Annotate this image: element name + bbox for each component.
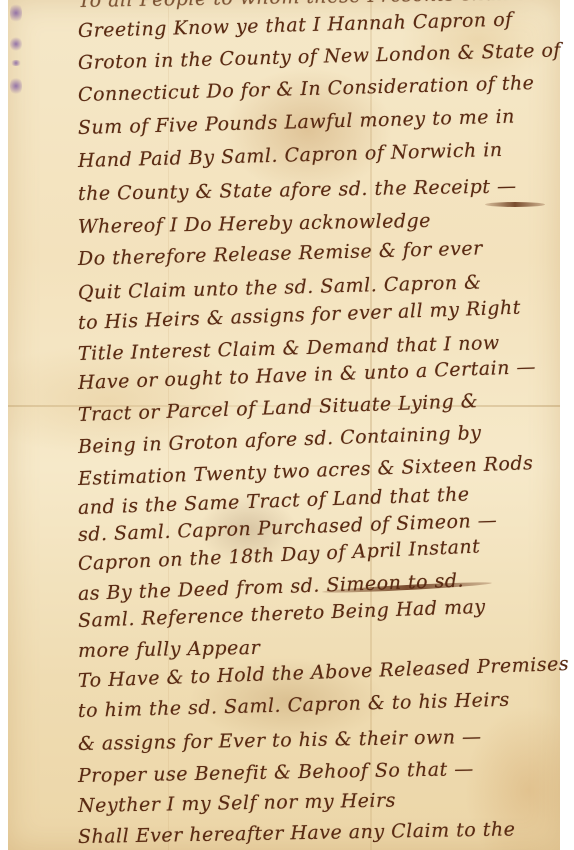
document-scan: To all People to whom these Presents sha… — [0, 0, 574, 850]
text-line: more fully Appear — [78, 637, 261, 662]
purple-ink-mark — [10, 60, 22, 66]
purple-ink-mark — [10, 2, 22, 24]
purple-ink-mark — [10, 76, 22, 96]
ink-flourish-stroke — [485, 202, 545, 207]
purple-ink-mark — [10, 36, 22, 52]
